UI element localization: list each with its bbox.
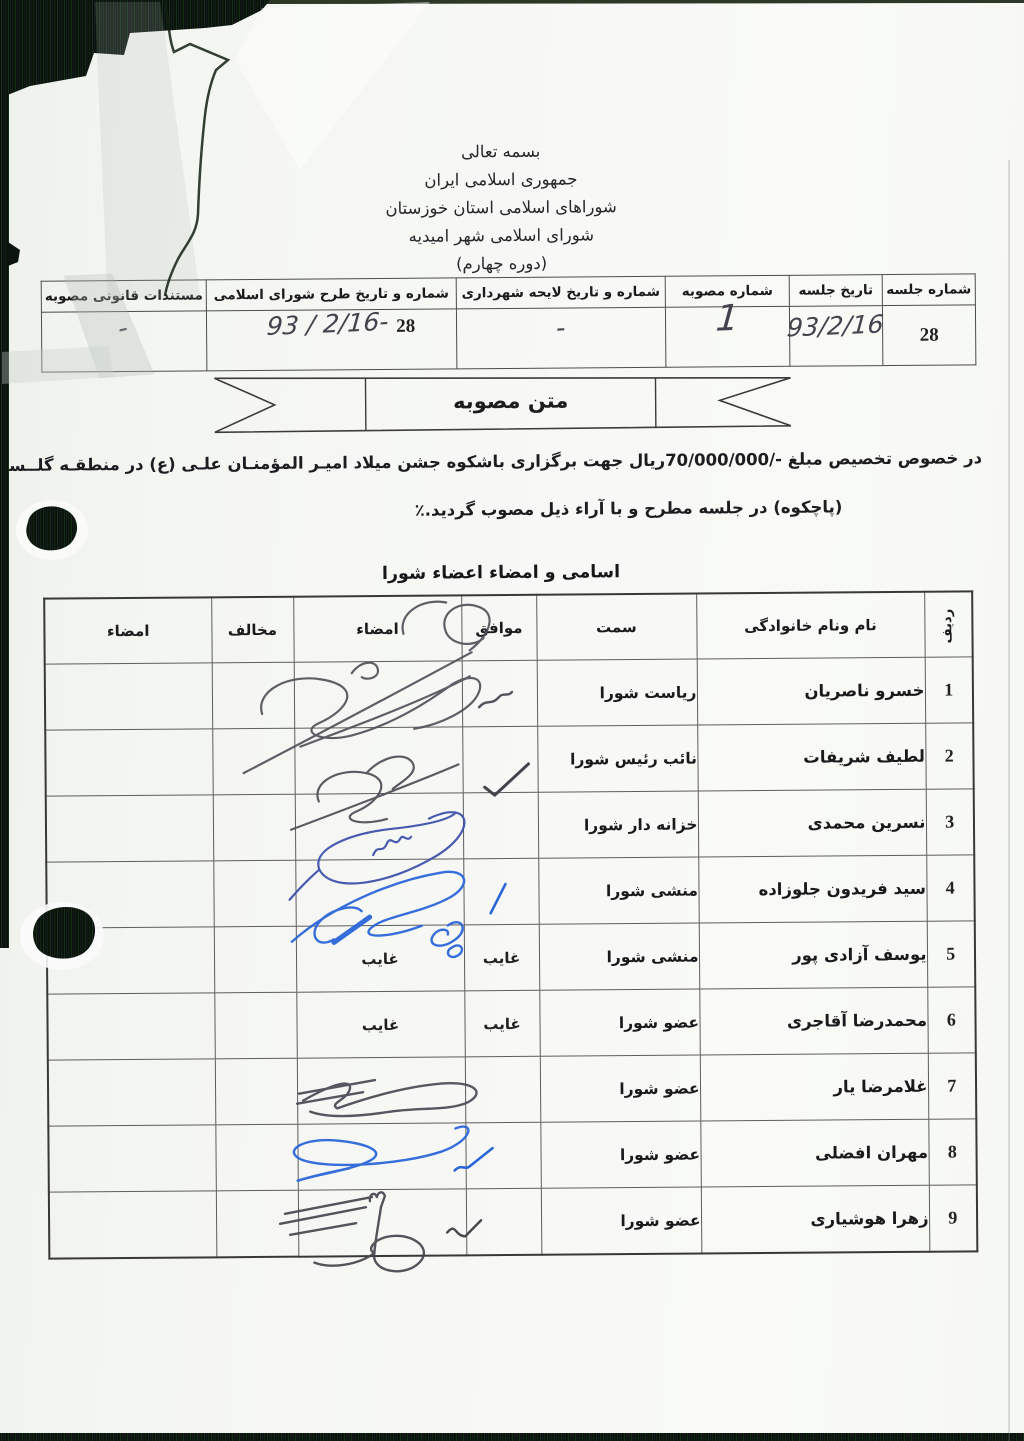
col-header-name: نام ونام خانوادگی bbox=[696, 592, 925, 659]
info-col-plan-no-date: شماره و تاریخ طرح شورای اسلامی bbox=[206, 278, 456, 311]
oppose-signature-cell bbox=[46, 861, 214, 928]
col-header-signature: امضاء bbox=[293, 595, 462, 662]
session-no-value: 28 bbox=[882, 305, 975, 366]
col-header-oppose: مخالف bbox=[211, 597, 294, 663]
member-role: ریاست شورا bbox=[537, 659, 698, 726]
member-role: خزانه دار شورا bbox=[538, 791, 699, 858]
oppose-signature-cell bbox=[45, 663, 213, 730]
oppose-cell bbox=[212, 662, 295, 729]
col-header-agree: موافق bbox=[461, 595, 537, 661]
member-no: 5 bbox=[927, 921, 976, 987]
signature-cell: غایب bbox=[296, 991, 465, 1058]
member-role: منشی شورا bbox=[538, 857, 699, 924]
agree-cell bbox=[462, 726, 538, 793]
signature-cell bbox=[295, 793, 464, 860]
oppose-cell bbox=[214, 992, 297, 1059]
member-name: سید فریدون جلوزاده bbox=[698, 855, 927, 923]
resolution-line-2: (پاچکوه) در جلسه مطرح و با آراء ذیل مصوب… bbox=[378, 497, 878, 520]
info-col-session-no: شماره جلسه bbox=[882, 274, 975, 306]
oppose-signature-cell bbox=[48, 1125, 216, 1192]
oppose-signature-cell bbox=[47, 993, 215, 1060]
member-role: عضو شورا bbox=[539, 989, 700, 1056]
oppose-cell bbox=[213, 860, 296, 927]
signature-cell bbox=[297, 1057, 466, 1124]
members-header-row: ردیف نام ونام خانوادگی سمت موافق امضاء م… bbox=[44, 591, 972, 664]
member-name: مهران افضلی bbox=[700, 1119, 929, 1187]
oppose-cell bbox=[215, 1058, 298, 1125]
member-row: 6 محمدرضا آقاجری عضو شورا غایب غایب bbox=[47, 987, 975, 1060]
member-name: لطیف شریفات bbox=[697, 723, 926, 791]
letterhead: بسمه تعالی جمهوری اسلامی ایران شوراهای ا… bbox=[0, 134, 1007, 282]
col-header-radif: ردیف bbox=[924, 591, 973, 657]
agree-cell bbox=[462, 660, 538, 727]
handwritten-date: 93/2/16 bbox=[786, 309, 885, 342]
info-col-legal-docs: مستندات قانونی مصوبه bbox=[41, 280, 206, 312]
handwritten-number: 1 bbox=[714, 298, 740, 340]
handwritten-dash: - bbox=[117, 312, 129, 345]
member-name: غلامرضا یار bbox=[700, 1053, 929, 1121]
member-no: 7 bbox=[928, 1053, 977, 1119]
member-no: 6 bbox=[927, 987, 976, 1053]
col-header-role: سمت bbox=[536, 594, 697, 661]
member-role: عضو شورا bbox=[541, 1187, 702, 1255]
signature-cell bbox=[297, 1123, 466, 1190]
member-no: 3 bbox=[926, 789, 975, 855]
info-col-session-date: تاریخ جلسه bbox=[789, 275, 882, 307]
signature-cell bbox=[294, 661, 463, 728]
member-role: عضو شورا bbox=[540, 1055, 701, 1122]
resolution-line-1: در خصوص تخصیص مبلغ -/70/000/000ریال جهت … bbox=[46, 448, 982, 474]
document-content: بسمه تعالی جمهوری اسلامی ایران شوراهای ا… bbox=[0, 0, 1024, 1441]
agree-cell bbox=[465, 1122, 541, 1189]
agree-cell: غایب bbox=[464, 990, 540, 1057]
member-row: 9 زهرا هوشیاری عضو شورا bbox=[49, 1185, 977, 1259]
oppose-cell bbox=[213, 794, 296, 861]
bill-dash-handwritten: - bbox=[531, 313, 591, 343]
member-role: منشی شورا bbox=[539, 923, 700, 990]
member-role: عضو شورا bbox=[540, 1121, 701, 1188]
member-row: 5 یوسف آزادی پور منشی شورا غایب غایب bbox=[47, 921, 975, 994]
banner-title: متن مصوبه bbox=[365, 373, 655, 429]
signature-cell bbox=[295, 859, 464, 926]
oppose-cell bbox=[216, 1190, 299, 1257]
signature-cell bbox=[298, 1189, 467, 1257]
members-table-title: اسامی و امضاء اعضاء شورا bbox=[0, 559, 1003, 587]
member-no: 8 bbox=[928, 1119, 977, 1185]
member-row: 4 سید فریدون جلوزاده منشی شورا bbox=[46, 855, 974, 928]
member-name: خسرو ناصریان bbox=[697, 657, 926, 725]
oppose-signature-cell bbox=[45, 729, 213, 796]
member-row: 7 غلامرضا یار عضو شورا bbox=[48, 1053, 976, 1126]
agree-cell bbox=[463, 792, 539, 859]
member-no: 9 bbox=[929, 1185, 978, 1252]
resolution-no-handwritten: 1 bbox=[697, 298, 757, 339]
member-name: نسرین محمدی bbox=[698, 789, 927, 857]
member-row: 1 خسرو ناصریان ریاست شورا bbox=[45, 657, 973, 730]
typed-session-no: 28 bbox=[396, 316, 415, 337]
signature-cell bbox=[294, 727, 463, 794]
plan-no-date-handwritten: 93 / 2/16-28 bbox=[225, 308, 457, 339]
session-no-text: 28 bbox=[920, 324, 939, 345]
agree-cell bbox=[463, 858, 539, 925]
member-row: 3 نسرین محمدی خزانه دار شورا bbox=[46, 789, 974, 862]
handwritten-dash: - bbox=[555, 313, 567, 343]
oppose-signature-cell bbox=[46, 795, 214, 862]
member-name: زهرا هوشیاری bbox=[701, 1185, 930, 1253]
members-table: ردیف نام ونام خانوادگی سمت موافق امضاء م… bbox=[43, 590, 978, 1259]
member-name: محمدرضا آقاجری bbox=[699, 987, 928, 1055]
member-no: 2 bbox=[925, 723, 974, 789]
member-no: 1 bbox=[925, 657, 974, 723]
oppose-signature-cell bbox=[48, 1059, 216, 1126]
member-row: 8 مهران افضلی عضو شورا bbox=[48, 1119, 976, 1192]
scanned-document: بسمه تعالی جمهوری اسلامی ایران شوراهای ا… bbox=[0, 0, 1024, 1441]
agree-cell bbox=[465, 1056, 541, 1123]
signature-cell: غایب bbox=[296, 925, 465, 992]
session-date-handwritten: 93/2/16 bbox=[787, 311, 881, 341]
member-no: 4 bbox=[926, 855, 975, 921]
info-col-bill-no-date: شماره و تاریخ لایحه شهرداری bbox=[456, 276, 665, 309]
handwritten-date: 93 / 2/16- bbox=[266, 307, 390, 341]
agree-cell: غایب bbox=[464, 924, 540, 991]
oppose-signature-cell bbox=[47, 927, 215, 994]
oppose-cell bbox=[214, 926, 297, 993]
oppose-cell bbox=[212, 728, 295, 795]
oppose-signature-cell bbox=[49, 1191, 217, 1259]
col-header-signature2: امضاء bbox=[44, 597, 212, 664]
member-role: نائب رئیس شورا bbox=[537, 725, 698, 792]
oppose-cell bbox=[215, 1124, 298, 1191]
agree-cell bbox=[466, 1188, 542, 1255]
member-name: یوسف آزادی پور bbox=[699, 921, 928, 989]
member-row: 2 لطیف شریفات نائب رئیس شورا bbox=[45, 723, 973, 796]
